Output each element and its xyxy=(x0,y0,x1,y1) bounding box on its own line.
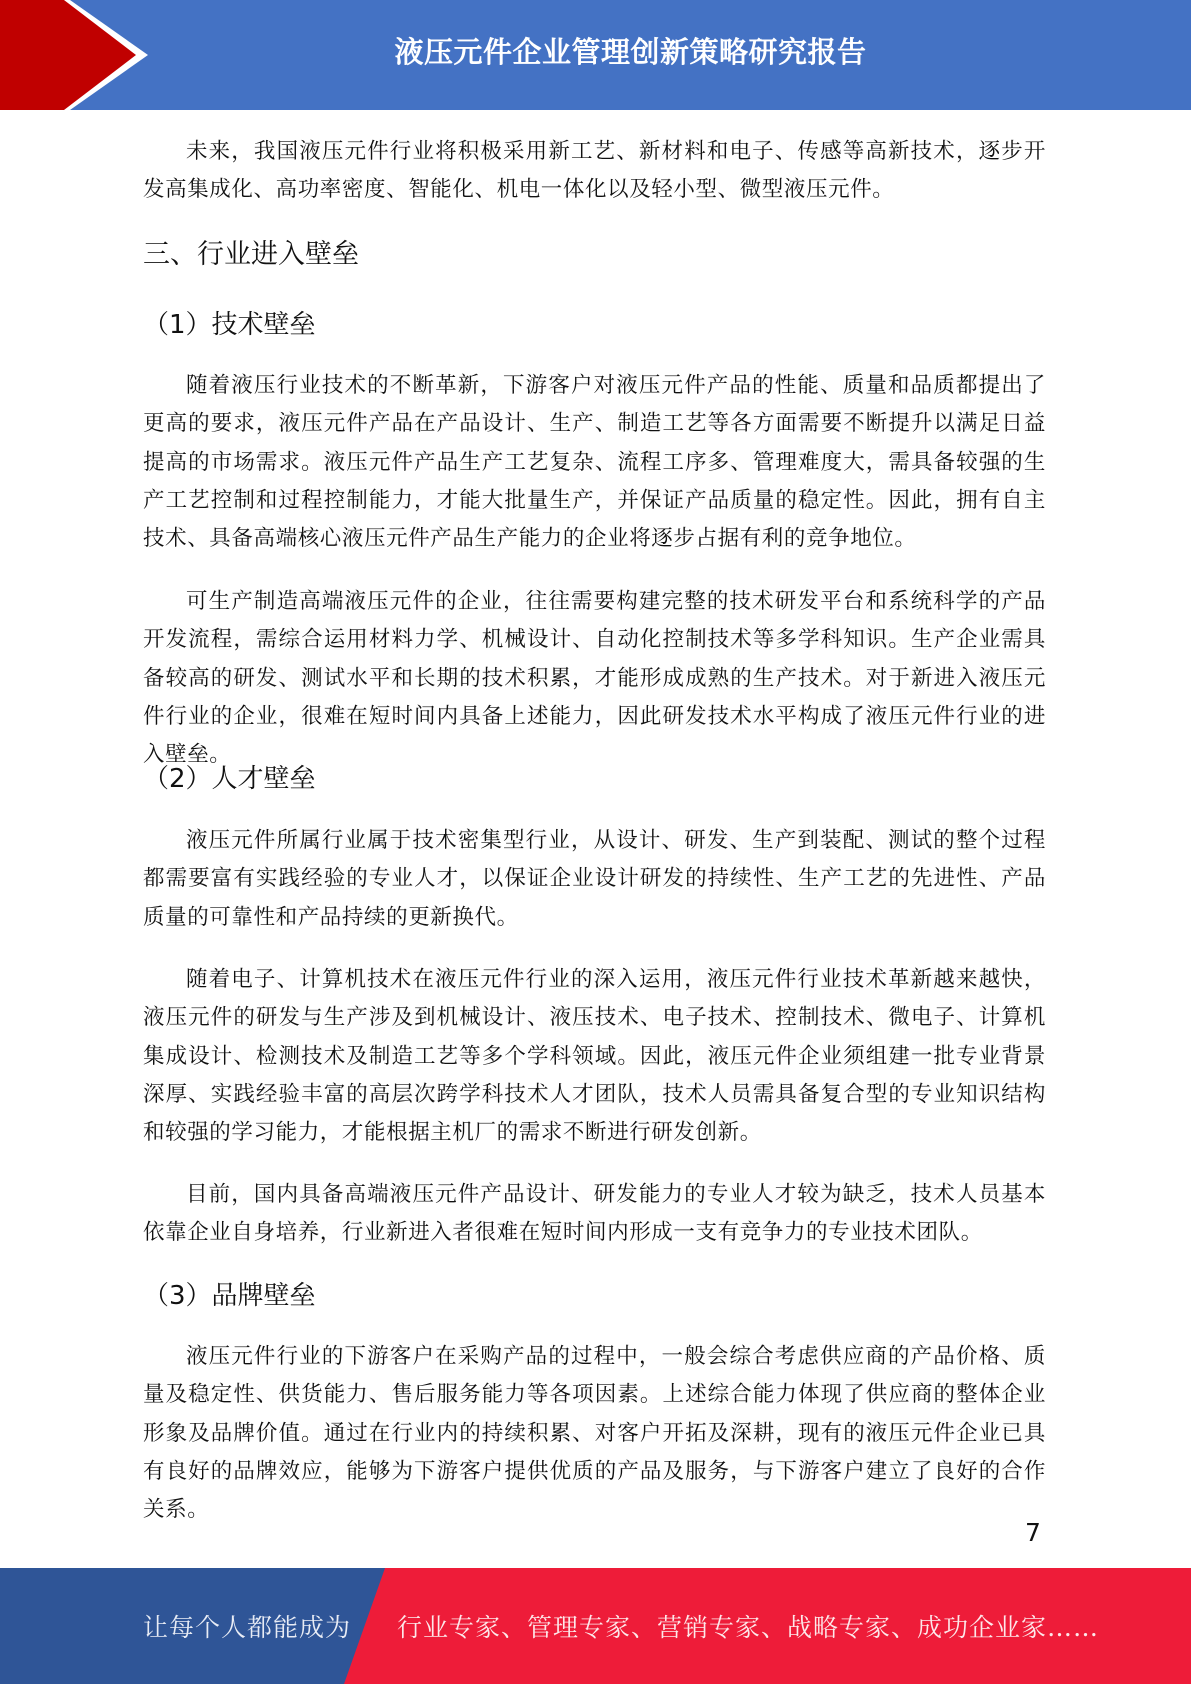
section-heading: 三、行业进入壁垒 xyxy=(143,232,359,271)
talent-barrier-paragraph-2-block: 随着电子、计算机技术在液压元件行业的深入运用，液压元件行业技术革新越来越快，液压… xyxy=(143,961,1046,1152)
subsection-heading-tech: （1）技术壁垒 xyxy=(143,304,316,341)
talent-barrier-paragraph: 液压元件所属行业属于技术密集型行业，从设计、研发、生产到装配、测试的整个过程都需… xyxy=(143,822,1046,937)
talent-barrier-paragraph: 随着电子、计算机技术在液压元件行业的深入运用，液压元件行业技术革新越来越快，液压… xyxy=(143,961,1046,1152)
page-header: 液压元件企业管理创新策略研究报告 xyxy=(0,0,1191,110)
page-number: 7 xyxy=(1025,1518,1041,1547)
tech-barrier-paragraph-1-block: 随着液压行业技术的不断革新，下游客户对液压元件产品的性能、质量和品质都提出了更高… xyxy=(143,367,1046,558)
tech-barrier-paragraph-2-block: 可生产制造高端液压元件的企业，往往需要构建完整的技术研发平台和系统科学的产品开发… xyxy=(143,583,1046,774)
tech-barrier-paragraph: 可生产制造高端液压元件的企业，往往需要构建完整的技术研发平台和系统科学的产品开发… xyxy=(143,583,1046,774)
tech-barrier-paragraph: 随着液压行业技术的不断革新，下游客户对液压元件产品的性能、质量和品质都提出了更高… xyxy=(143,367,1046,558)
intro-paragraph: 未来，我国液压元件行业将积极采用新工艺、新材料和电子、传感等高新技术，逐步开发高… xyxy=(143,133,1046,210)
subsection-heading-talent: （2）人才壁垒 xyxy=(143,758,316,795)
talent-barrier-paragraph-1-block: 液压元件所属行业属于技术密集型行业，从设计、研发、生产到装配、测试的整个过程都需… xyxy=(143,822,1046,937)
brand-barrier-paragraph: 液压元件行业的下游客户在采购产品的过程中，一般会综合考虑供应商的产品价格、质量及… xyxy=(143,1338,1046,1529)
footer-slogan-left: 让每个人都能成为 xyxy=(143,1568,351,1684)
intro-paragraph-block: 未来，我国液压元件行业将积极采用新工艺、新材料和电子、传感等高新技术，逐步开发高… xyxy=(143,133,1046,210)
page-footer: 让每个人都能成为 行业专家、管理专家、营销专家、战略专家、成功企业家…… xyxy=(0,1568,1191,1684)
report-title: 液压元件企业管理创新策略研究报告 xyxy=(0,0,1191,100)
brand-barrier-paragraph-block: 液压元件行业的下游客户在采购产品的过程中，一般会综合考虑供应商的产品价格、质量及… xyxy=(143,1338,1046,1529)
talent-barrier-paragraph-3-block: 目前，国内具备高端液压元件产品设计、研发能力的专业人才较为缺乏，技术人员基本依靠… xyxy=(143,1176,1046,1253)
subsection-heading-brand: （3）品牌壁垒 xyxy=(143,1275,316,1312)
talent-barrier-paragraph: 目前，国内具备高端液压元件产品设计、研发能力的专业人才较为缺乏，技术人员基本依靠… xyxy=(143,1176,1046,1253)
footer-slogan-right: 行业专家、管理专家、营销专家、战略专家、成功企业家…… xyxy=(397,1568,1099,1684)
